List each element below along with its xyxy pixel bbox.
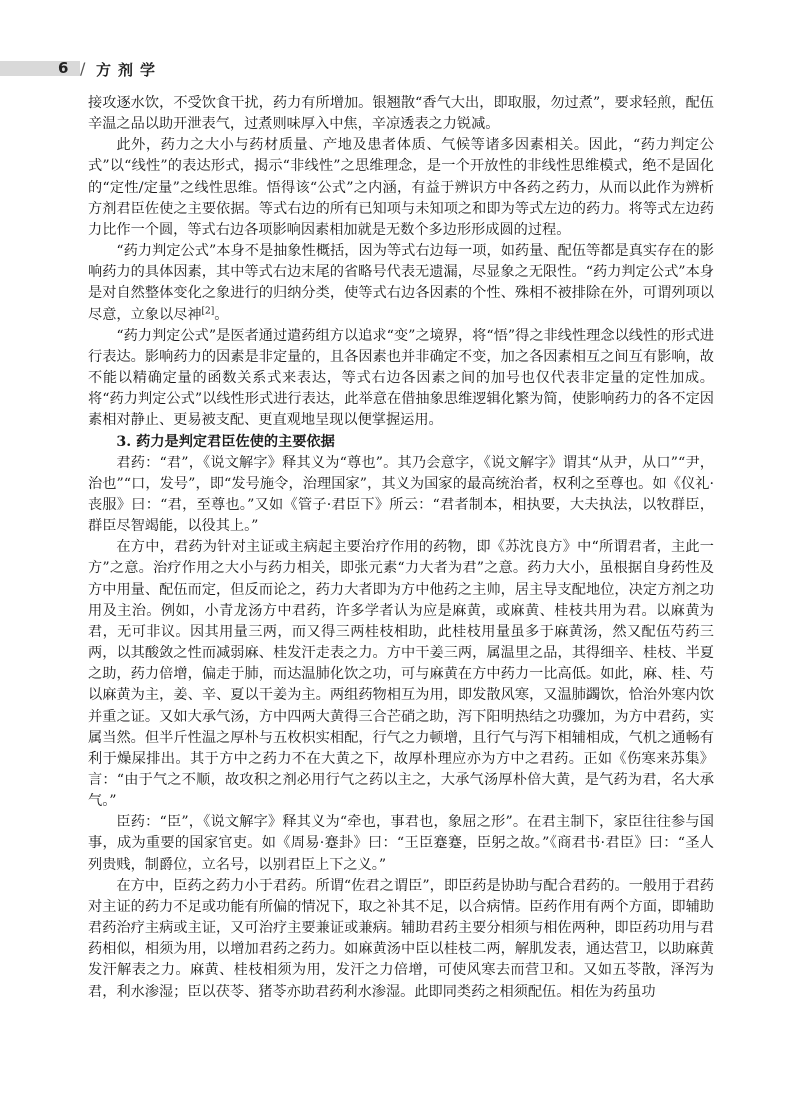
running-head: 6 / 方剂学	[0, 59, 400, 79]
paragraph: “药力判定公式”本身不是抽象性概括，因为等式右边每一项，如药量、配伍等都是真实存…	[88, 241, 714, 326]
section-heading: 3. 药力是判定君臣佐使的主要依据	[88, 432, 714, 453]
page-body: 接攻逐水饮，不受饮食干扰，药力有所增加。银翘散“香气大出，即取服，勿过煮”，要求…	[88, 93, 714, 1003]
paragraph: 君药：“君”，《说文解字》释其义为“尊也”。其乃会意字，《说文解字》谓其“从尹，…	[88, 453, 714, 538]
paragraph: 此外，药力之大小与药材质量、产地及患者体质、气候等诸多因素相关。因此，“药力判定…	[88, 135, 714, 241]
header-separator: /	[80, 59, 85, 78]
paragraph: “药力判定公式”是医者通过遣药组方以追求“变”之境界，将“悟”得之非线性理念以线…	[88, 326, 714, 432]
book-title: 方剂学	[96, 59, 162, 80]
citation-ref[interactable]: [2]	[202, 306, 215, 316]
paragraph-continuation: 接攻逐水饮，不受饮食干扰，药力有所增加。银翘散“香气大出，即取服，勿过煮”，要求…	[88, 93, 714, 135]
page-number: 6	[58, 59, 68, 77]
paragraph: 在方中，臣药之药力小于君药。所谓“佐君之谓臣”，即臣药是协助与配合君药的。一般用…	[88, 876, 714, 1003]
paragraph: 在方中，君药为针对主证或主病起主要治疗作用的药物，即《苏沈良方》中“所谓君者，主…	[88, 537, 714, 812]
paragraph-end: 。	[214, 307, 228, 323]
paragraph: 臣药：“臣”，《说文解字》释其义为“牵也，事君也，象屈之形”。在君主制下，家臣往…	[88, 812, 714, 875]
paragraph-text: “药力判定公式”本身不是抽象性概括，因为等式右边每一项，如药量、配伍等都是真实存…	[88, 243, 714, 322]
